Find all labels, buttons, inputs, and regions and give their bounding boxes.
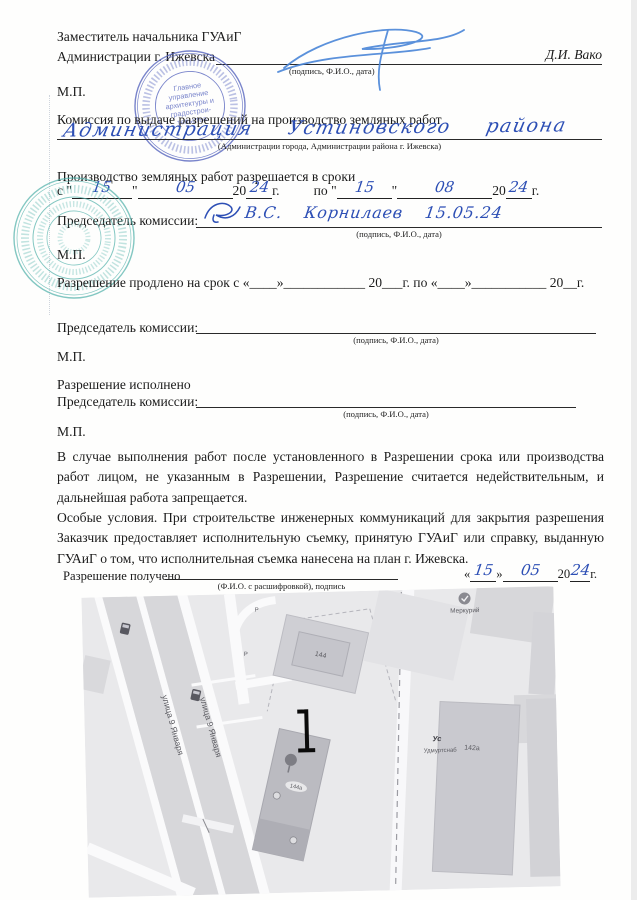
- received-month-slot: 05: [503, 564, 558, 582]
- invalid-note: В случае выполнения работ после установл…: [57, 447, 604, 508]
- chairman-label-3: Председатель комиссии:: [57, 394, 198, 410]
- from-prefix: с ": [57, 183, 72, 198]
- to-day-slot: 15: [337, 181, 392, 199]
- stamp-place-1: М.П.: [57, 84, 86, 100]
- chairman-caption-2: (подпись, Ф.И.О., дата): [196, 335, 596, 345]
- stamp-place-2: М.П.: [57, 247, 86, 263]
- from-day: 15: [91, 180, 112, 195]
- g-label: г.: [532, 183, 539, 198]
- year-20: 20: [233, 183, 247, 198]
- parking-icon: Р: [244, 652, 248, 658]
- chairman-label-1: Председатель комиссии:: [57, 213, 198, 229]
- commission-handwritten: Администрация Устиновского района: [61, 114, 569, 141]
- prolong-line: Разрешение продлено на срок с «____»____…: [57, 275, 584, 291]
- udmurtsnab-icon: Ус: [432, 734, 442, 743]
- merkuriy-label: Меркурий: [450, 606, 480, 615]
- stamp-text: управление: [168, 88, 209, 102]
- stamp-place-3: М.П.: [57, 349, 86, 365]
- building-142a-label: 142а: [464, 745, 480, 753]
- building-right-edge: [526, 698, 560, 877]
- page-crease: [49, 95, 50, 315]
- approver-title-line1: Заместитель начальника ГУАиГ: [57, 29, 241, 45]
- to-month-slot: 08: [397, 181, 492, 199]
- chairman-label-2: Председатель комиссии:: [57, 320, 198, 336]
- chairman-entry-text: В.С. Корнилаев 15.05.24: [244, 203, 504, 222]
- received-year-slot: 24: [570, 564, 590, 582]
- chairman-entry: В.С. Корнилаев 15.05.24: [202, 198, 503, 224]
- received-day: 15: [473, 563, 494, 578]
- document-page: Заместитель начальника ГУАиГ Администрац…: [0, 0, 637, 900]
- to-month: 08: [434, 180, 455, 195]
- from-month: 05: [174, 180, 195, 195]
- received-line: [165, 579, 398, 580]
- received-month: 05: [519, 563, 540, 578]
- stamp-text: архитектуры и: [165, 96, 215, 112]
- from-month-slot: 05: [138, 181, 233, 199]
- chairman-line-2: [196, 333, 596, 334]
- year-20: 20: [558, 567, 571, 581]
- chairman-caption-3: (подпись, Ф.И.О., дата): [196, 409, 576, 419]
- executed-title: Разрешение исполнено: [57, 377, 191, 393]
- g-label: г.: [272, 183, 279, 198]
- to-prefix: по ": [314, 183, 337, 198]
- parking-icon: Р: [255, 607, 259, 613]
- g-label: г.: [590, 567, 597, 581]
- to-year: 24: [508, 180, 529, 195]
- scan-edge: [631, 0, 637, 900]
- signer-name: Д.И. Вако: [502, 47, 602, 63]
- to-day: 15: [354, 180, 375, 195]
- chairman-signature-ink: [202, 198, 242, 224]
- commission-caption: (Администрации города, Администрации рай…: [57, 141, 602, 151]
- period-dates: с "15"052024г.по "15"082024г.: [57, 181, 539, 199]
- chairman-caption-1: (подпись, Ф.И.О., дата): [196, 229, 602, 239]
- map-canvas: 144 142а 144а Меркурий: [81, 586, 560, 897]
- from-year-slot: 24: [246, 181, 272, 199]
- site-plan-map: 144 142а 144а Меркурий: [81, 586, 560, 897]
- stamp-place-4: М.П.: [57, 424, 86, 440]
- received-day-slot: 15: [470, 564, 496, 582]
- to-year-slot: 24: [506, 181, 532, 199]
- received-year: 24: [570, 563, 591, 578]
- from-day-slot: 15: [72, 181, 132, 199]
- from-year: 24: [249, 180, 270, 195]
- building-142a: 142а: [432, 701, 520, 874]
- chairman-line-3: [196, 407, 576, 408]
- chairman-line-1: [196, 227, 602, 228]
- received-label: Разрешение получено: [63, 569, 180, 584]
- commission-line: [57, 139, 602, 140]
- approver-title-line2: Администрации г. Ижевска: [57, 49, 215, 65]
- udmurtsnab-label: Удмуртснаб: [424, 748, 458, 755]
- year-20: 20: [492, 183, 506, 198]
- approver-signature-ink: [270, 18, 470, 92]
- stamp-text: Главное: [173, 80, 202, 93]
- received-date: «15»052024г.: [464, 564, 597, 582]
- received-caption: (Ф.И.О. с расшифровкой), подпись: [165, 581, 398, 591]
